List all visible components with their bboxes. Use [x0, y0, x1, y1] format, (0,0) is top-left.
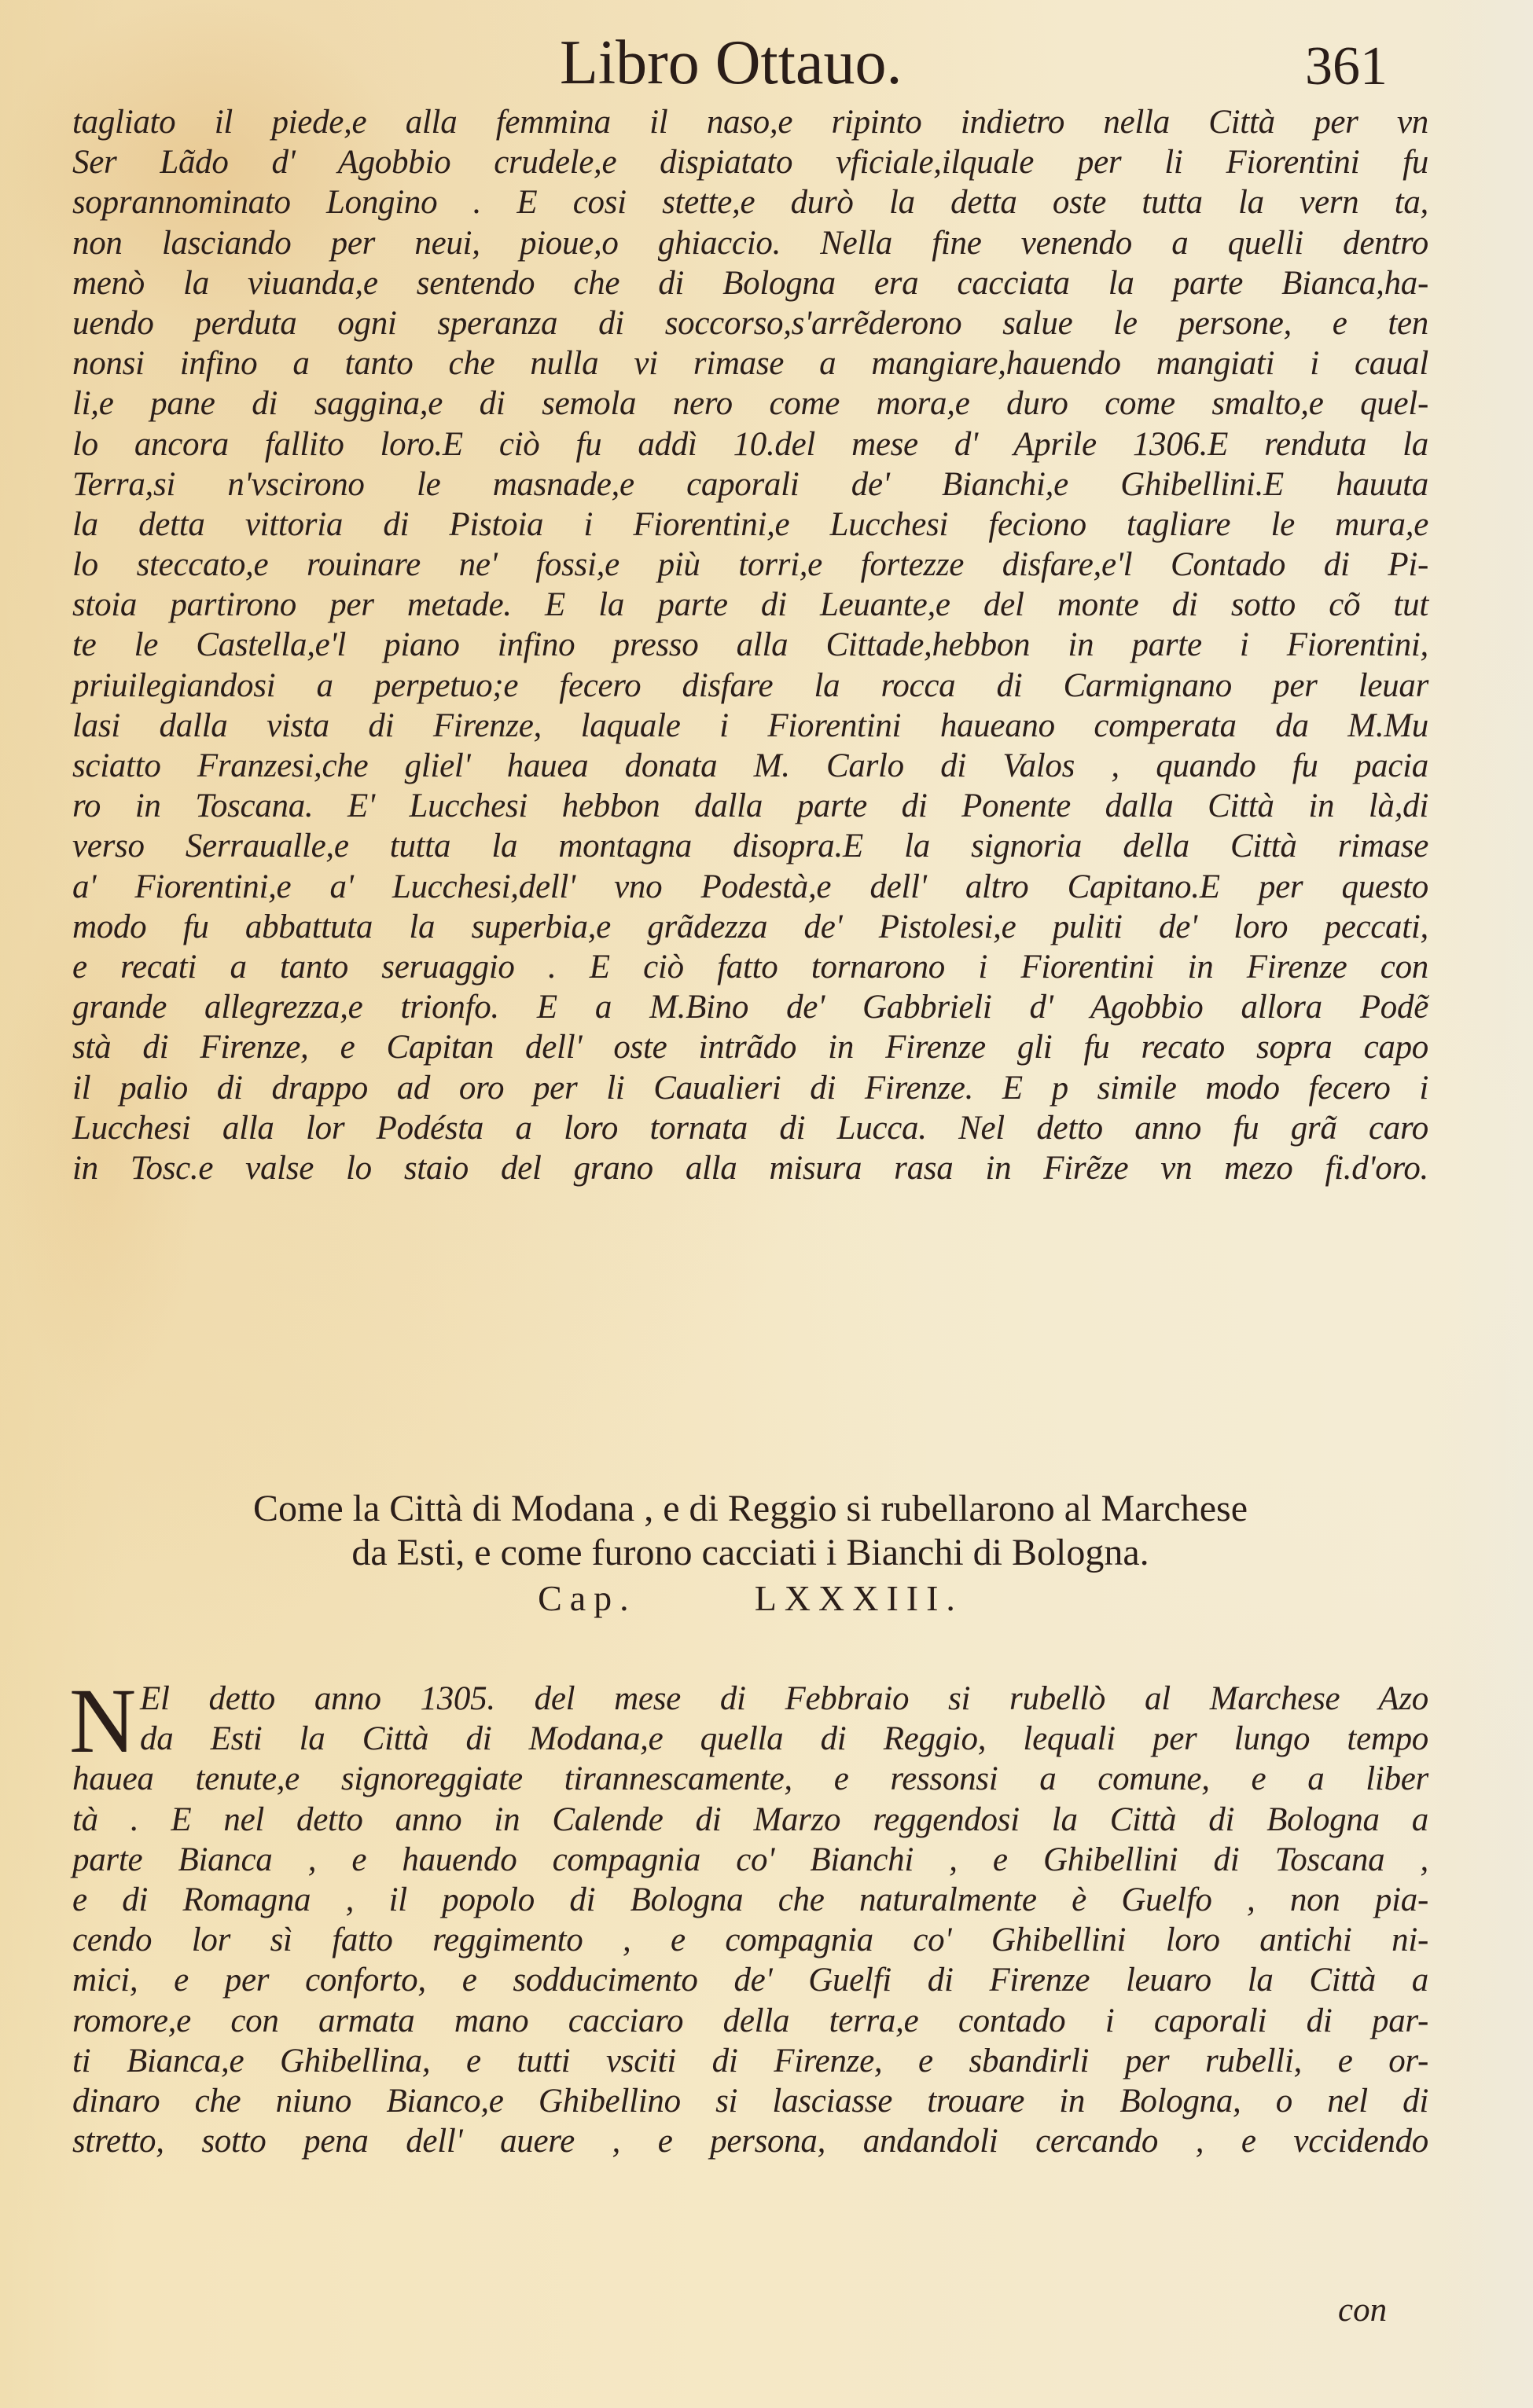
- text-line: non lasciando per neui, pioue,o ghiaccio…: [72, 223, 1428, 263]
- chapter-heading: Come la Città di Modana , e di Reggio si…: [72, 1487, 1428, 1622]
- text-line: li,e pane di saggina,e di semola nero co…: [72, 384, 1428, 424]
- text-line: tagliato il piede,e alla femmina il naso…: [72, 102, 1428, 142]
- text-line: menò la viuanda,e sentendo che di Bologn…: [72, 263, 1428, 303]
- text-line: a' Fiorentini,e a' Lucchesi,dell' vno Po…: [72, 867, 1428, 907]
- text-line: priuilegiandosi a perpetuo;e fecero disf…: [72, 666, 1428, 706]
- text-line: verso Serraualle,e tutta la montagna dis…: [72, 826, 1428, 866]
- text-line: il palio di drappo ad oro per li Caualie…: [72, 1068, 1428, 1108]
- body-text: tagliato il piede,e alla femmina il naso…: [72, 102, 1428, 1188]
- text-line: romore,e con armata mano cacciaro della …: [72, 2001, 1428, 2041]
- text-line: cendo lor sì fatto reggimento , e compag…: [72, 1920, 1428, 1960]
- chapter-label: Cap.: [538, 1575, 637, 1622]
- running-title: Libro Ottauo.: [560, 24, 902, 102]
- chapter-number: LXXXIII.: [755, 1578, 963, 1618]
- text-line: da Esti la Città di Modana,e quella di R…: [72, 1719, 1428, 1759]
- text-line: Ser Lãdo d' Agobbio crudele,e dispiatato…: [72, 142, 1428, 182]
- text-line: lo ancora fallito loro.E ciò fu addì 10.…: [72, 424, 1428, 464]
- chapter-number-line: Cap.LXXXIII.: [72, 1575, 1428, 1622]
- text-line: e recati a tanto seruaggio . E ciò fatto…: [72, 947, 1428, 987]
- catchword: con: [1338, 2291, 1387, 2329]
- running-head: Libro Ottauo. 361: [0, 24, 1533, 102]
- text-line: mici, e per conforto, e sodducimento de'…: [72, 1960, 1428, 2000]
- text-line: El detto anno 1305. del mese di Febbraio…: [72, 1679, 1428, 1719]
- drop-cap-initial: N: [69, 1682, 136, 1760]
- book-page: Libro Ottauo. 361 tagliato il piede,e al…: [0, 0, 1533, 2408]
- paper-stain: [1454, 0, 1533, 2408]
- text-line: lo steccato,e rouinare ne' fossi,e più t…: [72, 545, 1428, 585]
- text-line: stà di Firenze, e Capitan dell' oste int…: [72, 1027, 1428, 1067]
- text-line: Terra,si n'vscirono le masnade,e caporal…: [72, 464, 1428, 505]
- text-line: sciatto Franzesi,che gliel' hauea donata…: [72, 746, 1428, 786]
- text-line: ro in Toscana. E' Lucchesi hebbon dalla …: [72, 786, 1428, 826]
- chapter-body: N El detto anno 1305. del mese di Febbra…: [72, 1679, 1428, 2161]
- chapter-title-line: Come la Città di Modana , e di Reggio si…: [72, 1487, 1428, 1531]
- text-line: la detta vittoria di Pistoia i Fiorentin…: [72, 505, 1428, 545]
- text-line: Lucchesi alla lor Podésta a loro tornata…: [72, 1108, 1428, 1148]
- text-line: grande allegrezza,e trionfo. E a M.Bino …: [72, 987, 1428, 1027]
- text-line: te le Castella,e'l piano infino presso a…: [72, 625, 1428, 665]
- text-line: in Tosc.e valse lo staio del grano alla …: [72, 1148, 1428, 1188]
- text-line: lasi dalla vista di Firenze, laquale i F…: [72, 706, 1428, 746]
- text-line: ti Bianca,e Ghibellina, e tutti vsciti d…: [72, 2041, 1428, 2081]
- text-line: soprannominato Longino . E cosi stette,e…: [72, 182, 1428, 222]
- text-line: e di Romagna , il popolo di Bologna che …: [72, 1880, 1428, 1920]
- text-line: uendo perduta ogni speranza di soccorso,…: [72, 303, 1428, 343]
- text-line: dinaro che niuno Bianco,e Ghibellino si …: [72, 2081, 1428, 2121]
- text-line: tà . E nel detto anno in Calende di Marz…: [72, 1800, 1428, 1840]
- chapter-title-line: da Esti, e come furono cacciati i Bianch…: [72, 1531, 1428, 1575]
- text-line: modo fu abbattuta la superbia,e grãdezza…: [72, 907, 1428, 947]
- text-line: nonsi infino a tanto che nulla vi rimase…: [72, 343, 1428, 384]
- text-line: parte Bianca , e hauendo compagnia co' B…: [72, 1840, 1428, 1880]
- text-line: hauea tenute,e signoreggiate tirannescam…: [72, 1759, 1428, 1799]
- text-line: stoia partirono per metade. E la parte d…: [72, 585, 1428, 625]
- text-line: stretto, sotto pena dell' auere , e pers…: [72, 2121, 1428, 2161]
- page-number: 361: [1305, 31, 1388, 102]
